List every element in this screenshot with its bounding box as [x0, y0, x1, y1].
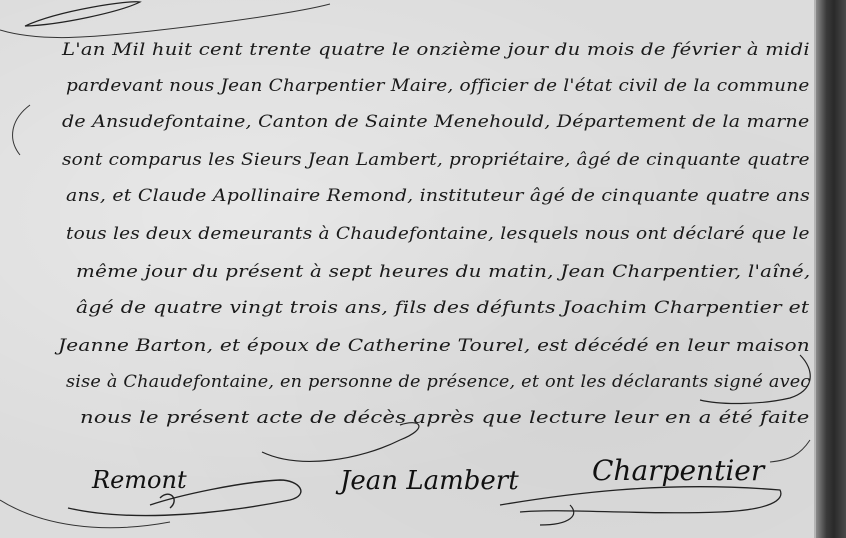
record-line-8: âgé de quatre vingt trois ans, fils des … [76, 298, 809, 318]
signature-charpentier: Charpentier [592, 454, 764, 487]
record-line-4: sont comparus les Sieurs Jean Lambert, p… [62, 150, 810, 170]
record-line-5: ans, et Claude Apollinaire Remond, insti… [66, 186, 810, 206]
record-line-9: Jeanne Barton, et époux de Catherine Tou… [58, 336, 810, 356]
record-line-11: nous le présent acte de décès après que … [80, 408, 810, 428]
record-line-7: même jour du présent à sept heures du ma… [76, 262, 810, 282]
record-line-2: pardevant nous Jean Charpentier Maire, o… [66, 76, 810, 96]
scanned-document-page: L'an Mil huit cent trente quatre le onzi… [0, 0, 846, 538]
signature-remont: Remont [92, 466, 187, 494]
binding-shadow [816, 0, 846, 538]
record-line-10: sise à Chaudefontaine, en personne de pr… [66, 372, 810, 392]
record-line-6: tous les deux demeurants à Chaudefontain… [66, 224, 810, 244]
record-line-3: de Ansudefontaine, Canton de Sainte Mene… [62, 112, 809, 132]
signature-jean-lambert: Jean Lambert [340, 466, 519, 496]
record-line-1: L'an Mil huit cent trente quatre le onzi… [62, 40, 810, 60]
